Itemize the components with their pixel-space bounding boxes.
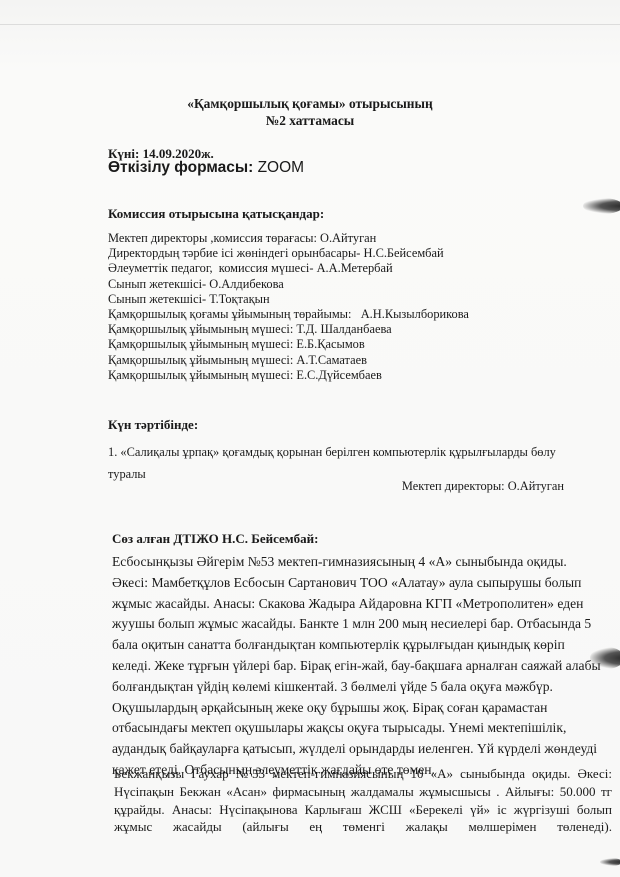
scan-edge-line: [0, 24, 620, 25]
participant: Сынып жетекшісі- О.Алдибекова: [108, 277, 469, 292]
participant: Қамқоршылық қоғамы ұйымының төрайымы: А.…: [108, 307, 469, 322]
document-title: «Қамқоршылық қоғамы» отырысының: [0, 96, 620, 112]
participant: Сынып жетекшісі- Т.Тоқтақын: [108, 292, 469, 307]
student-description-1: Есбосынқызы Әйгерім №53 мектеп-гимназияс…: [112, 552, 606, 781]
student-description-2: Бекжанқызы Гаухар №53 мектеп-гимназиясын…: [114, 765, 612, 836]
participant: Қамқоршылық ұйымының мүшесі: Е.Б.Қасымов: [108, 337, 469, 352]
document-subtitle: №2 хаттамасы: [0, 113, 620, 129]
speaker-heading: Сөз алған ДТІЖО Н.С. Бейсембай:: [112, 531, 318, 547]
participant: Директордың тәрбие ісі жөніндегі орынбас…: [108, 246, 469, 261]
scan-artifact: [583, 198, 620, 214]
meeting-format: Өткізілу формасы: ZOOM: [108, 159, 304, 177]
participant: Қамқоршылық ұйымының мүшесі: Т.Д. Шалдан…: [108, 322, 469, 337]
meeting-format-value: ZOOM: [258, 159, 305, 176]
participants-list: Мектеп директоры ,комиссия төрағасы: О.А…: [108, 231, 469, 383]
agenda-responsible: Мектеп директоры: О.Айтуган: [402, 479, 564, 494]
meeting-format-label: Өткізілу формасы:: [108, 159, 258, 176]
scan-artifact: [600, 858, 620, 866]
participant: Әлеуметтік педагог, комиссия мүшесі- А.А…: [108, 261, 469, 276]
participant: Мектеп директоры ,комиссия төрағасы: О.А…: [108, 231, 469, 246]
participants-heading: Комиссия отырысына қатысқандар:: [108, 206, 324, 222]
scanned-page: «Қамқоршылық қоғамы» отырысының №2 хатта…: [0, 0, 620, 877]
agenda-heading: Күн тәртібінде:: [108, 417, 198, 433]
participant: Қамқоршылық ұйымының мүшесі: Е.С.Дүйсемб…: [108, 368, 469, 383]
participant: Қамқоршылық ұйымының мүшесі: А.Т.Саматае…: [108, 353, 469, 368]
